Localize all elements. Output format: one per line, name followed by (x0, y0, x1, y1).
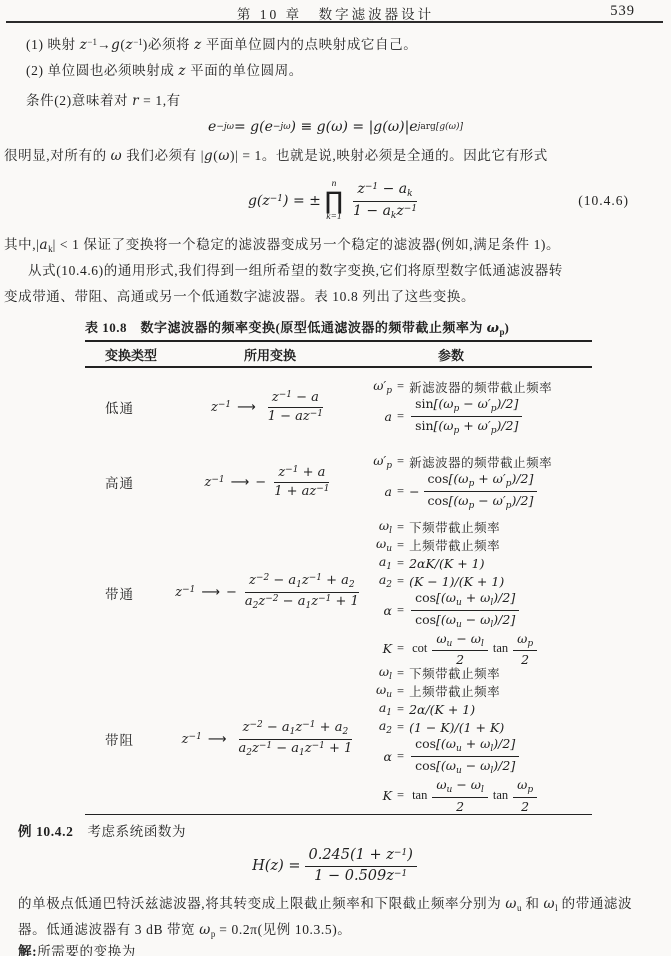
table-body: 低通z−1⟶z−1 − a1 − az−1ω′p=新滤波器的频带截止频率a=si… (85, 368, 592, 814)
param-line: α=cos[(ωu + ωl)/2]cos[(ωu − ωl)/2] (364, 736, 592, 777)
transform-lhs: z−1 (175, 585, 195, 600)
function-name: tan (493, 641, 508, 656)
filter-type-label: 高通 (85, 472, 180, 492)
paragraph-condition-1: (1) 映射 z−1→g(z−1)必须将 z 平面单位圆内的点映射成它自己。 (26, 36, 655, 55)
param-symbol: K (364, 788, 392, 803)
fraction-numerator: ωp (513, 631, 537, 652)
fraction: sin[(ωp − ω′p)/2]sin[(ωp + ω′p)/2] (411, 396, 522, 437)
transform-lhs: z−1 (211, 400, 231, 415)
fraction-denominator: 1 − az−1 (264, 408, 327, 425)
param-line: K=tanωu − ωl2tanωp2 (364, 777, 592, 814)
transform-fraction: z−1 − a1 − az−1 (262, 390, 329, 424)
param-description: 下频带截止频率 (409, 518, 500, 536)
transform-sign: − (226, 585, 237, 600)
fraction-numerator: sin[(ωp − ω′p)/2] (411, 396, 522, 417)
param-line: ωu=上频带截止频率 (364, 682, 592, 700)
filter-type-label: 带通 (85, 583, 180, 603)
transform-fraction: z−2 − a1z−1 + a2a2z−2 − a1z−1 + 1 (239, 573, 365, 612)
example-label: 例 10.4.2 (18, 824, 73, 839)
param-symbol: ωu (364, 536, 392, 554)
param-symbol: ωu (364, 682, 392, 700)
params-cell: ωl=下频带截止频率ωu=上频带截止频率a1=2α/(K + 1)a2=(1 −… (360, 664, 592, 813)
equals-sign: = (392, 520, 409, 535)
table-row-bandstop: 带阻z−1⟶z−2 − a1z−1 + a2a2z−1 − a1z−1 + 1ω… (85, 664, 592, 814)
param-expression: cos[(ωp + ω′p)/2]cos[(ωp − ω′p)/2] (422, 471, 540, 512)
equals-sign: = (392, 556, 409, 571)
param-line: a=sin[(ωp − ω′p)/2]sin[(ωp + ω′p)/2] (364, 396, 592, 437)
fraction: z−2 − a1z−1 + a2a2z−1 − a1z−1 + 1 (234, 720, 356, 759)
param-symbol: ω′p (364, 453, 392, 471)
equals-sign: = (392, 538, 409, 553)
param-symbol: a2 (364, 718, 392, 736)
param-line: ωu=上频带截止频率 (364, 536, 592, 554)
transform-lhs: z−1 (182, 732, 202, 747)
equals-sign: = (392, 409, 409, 424)
param-expression: cos[(ωu + ωl)/2]cos[(ωu − ωl)/2] (409, 590, 521, 631)
header-rule (6, 21, 663, 23)
equation-number: (10.4.6) (578, 193, 629, 209)
fraction-numerator: cos[(ωu + ωl)/2] (411, 590, 519, 611)
function-name: tan (493, 788, 508, 803)
fraction: cos[(ωu + ωl)/2]cos[(ωu − ωl)/2] (411, 590, 519, 631)
paragraph-condition-implies: 条件(2)意味着对 r = 1,有 (26, 92, 655, 111)
transform-lhs: z−1 (205, 475, 225, 490)
param-line: K=cotωu − ωl2tanωp2 (364, 631, 592, 668)
filter-type-label: 低通 (85, 397, 180, 417)
table-row-bandpass: 带通z−1⟶−z−2 − a1z−1 + a2a2z−2 − a1z−1 + 1… (85, 518, 592, 664)
param-line: ωl=下频带截止频率 (364, 664, 592, 682)
column-header-type: 变换类型 (85, 345, 180, 364)
fraction-numerator: ωu − ωl (432, 777, 488, 798)
equals-sign: = (392, 454, 409, 469)
param-symbol: ω′p (364, 378, 392, 396)
param-symbol: ωl (364, 664, 392, 682)
fraction-numerator: ωp (513, 777, 537, 798)
equals-sign: = (392, 749, 409, 764)
maps-to-arrow: ⟶ (208, 732, 227, 747)
equals-sign: = (392, 574, 409, 589)
param-line: a2=(1 − K)/(1 + K) (364, 718, 592, 736)
params-cell: ω′p=新滤波器的频带截止频率a=−cos[(ωp + ω′p)/2]cos[(… (360, 453, 592, 512)
param-expression: sin[(ωp − ω′p)/2]sin[(ωp + ω′p)/2] (409, 396, 524, 437)
solution-line: 解:所需要的变换为 (18, 943, 136, 956)
table-row-lowpass: 低通z−1⟶z−1 − a1 − az−1ω′p=新滤波器的频带截止频率a=si… (85, 368, 592, 446)
param-symbol: a (364, 484, 392, 499)
example-intro: 考虑系统函数为 (87, 824, 186, 839)
table-row-highpass: 高通z−1⟶−z−1 + a1 + az−1ω′p=新滤波器的频带截止频率a=−… (85, 446, 592, 518)
equals-sign: = (392, 684, 409, 699)
param-expression: 2α/(K + 1) (409, 702, 475, 717)
equation-lhs: g(z−1) = ± (248, 193, 321, 209)
paragraph-obvious: 很明显,对所有的 ω 我们必须有 |g(ω)| = 1。也就是说,映射必须是全通… (4, 147, 657, 166)
fraction-denominator: sin[(ωp + ω′p)/2] (411, 417, 522, 437)
example-body-line2: 器。低通滤波器有 3 dB 带宽 ωp = 0.2π(见例 10.3.5)。 (18, 921, 657, 941)
param-line: a=−cos[(ωp + ω′p)/2]cos[(ωp − ω′p)/2] (364, 471, 592, 512)
equals-sign: = (392, 379, 409, 394)
column-header-params: 参数 (360, 345, 592, 364)
equals-sign: = (392, 484, 409, 499)
param-line: α=cos[(ωu + ωl)/2]cos[(ωu − ωl)/2] (364, 590, 592, 631)
fraction: z−1 + a1 + az−1 (270, 465, 333, 499)
params-cell: ω′p=新滤波器的频带截止频率a=sin[(ωp − ω′p)/2]sin[(ω… (360, 378, 592, 437)
chapter-header: 第 10 章 数字滤波器设计 (0, 3, 671, 23)
paragraph-general-form-cont: 变成带通、带阻、高通或另一个低通数字滤波器。表 10.8 列出了这些变换。 (4, 288, 657, 307)
minus-sign: − (409, 484, 419, 499)
fraction: ωp2 (513, 777, 537, 814)
param-line: ω′p=新滤波器的频带截止频率 (364, 378, 592, 396)
maps-to-arrow: ⟶ (231, 475, 250, 490)
transform-cell: z−1⟶−z−1 + a1 + az−1 (180, 465, 360, 499)
params-cell: ωl=下频带截止频率ωu=上频带截止频率a1=2αK/(K + 1)a2=(K … (360, 518, 592, 667)
solution-label: 解: (18, 944, 37, 956)
page-number: 539 (610, 3, 635, 20)
equals-sign: = (392, 666, 409, 681)
equation-system-function: H(z) = 0.245(1 + z−1) 1 − 0.509z−1 (0, 842, 671, 890)
fraction-numerator: cos[(ωu + ωl)/2] (411, 736, 519, 757)
param-symbol: a2 (364, 572, 392, 590)
param-symbol: ωl (364, 518, 392, 536)
fraction-denominator: cos[(ωp − ω′p)/2] (424, 492, 538, 512)
param-line: a2=(K − 1)/(K + 1) (364, 572, 592, 590)
product-symbol: ∏ (325, 190, 343, 213)
function-name: cot (412, 641, 427, 656)
transform-sign: − (255, 475, 266, 490)
maps-to-arrow: ⟶ (201, 585, 220, 600)
fraction-denominator: cos[(ωu − ωl)/2] (411, 611, 519, 631)
paragraph-stability: 其中,|ak| < 1 保证了变换将一个稳定的滤波器变成另一个稳定的滤波器(例如… (4, 236, 657, 256)
fraction: ωp2 (513, 631, 537, 668)
transform-cell: z−1⟶z−2 − a1z−1 + a2a2z−1 − a1z−1 + 1 (180, 720, 360, 759)
param-symbol: a (364, 409, 392, 424)
table-caption: 表 10.8 数字滤波器的频率变换(原型低通滤波器的频带截止频率为 ωp) (85, 317, 509, 337)
equals-sign: = (392, 720, 409, 735)
param-description: 下频带截止频率 (409, 664, 500, 682)
frequency-transform-table: 变换类型所用变换参数 低通z−1⟶z−1 − a1 − az−1ω′p=新滤波器… (85, 340, 592, 815)
hz-fraction: 0.245(1 + z−1) 1 − 0.509z−1 (305, 847, 417, 885)
fraction-denominator: 1 − akz−1 (349, 202, 421, 222)
fraction: ωu − ωl2 (432, 631, 488, 668)
param-expression: 2αK/(K + 1) (409, 556, 484, 571)
param-line: ωl=下频带截止频率 (364, 518, 592, 536)
fraction: cos[(ωu + ωl)/2]cos[(ωu − ωl)/2] (411, 736, 519, 777)
equals-sign: = (392, 603, 409, 618)
equation-allpass-condition: e−jω = g(e−jω) ≡ g(ω) = |g(ω)|ejarg[g(ω)… (0, 112, 671, 142)
param-description: 上频带截止频率 (409, 682, 500, 700)
example-body-line1: 的单极点低通巴特沃兹滤波器,将其转变成上限截止频率和下限截止频率分别为 ωu 和… (18, 895, 657, 915)
paragraph-general-form: 从式(10.4.6)的通用形式,我们得到一组所希望的数字变换,它们将原型数字低通… (28, 262, 657, 281)
fraction: ωu − ωl2 (432, 777, 488, 814)
fraction-numerator: z−1 − a (268, 390, 323, 408)
param-symbol: a1 (364, 554, 392, 572)
equals-sign: = (392, 788, 409, 803)
transform-fraction: z−1 + a1 + az−1 (268, 465, 335, 499)
fraction-numerator: z−1 + a (274, 465, 329, 483)
fraction: z−2 − a1z−1 + a2a2z−2 − a1z−1 + 1 (241, 573, 363, 612)
fraction-denominator: 2 (517, 798, 533, 814)
equals-sign: = (392, 641, 409, 656)
param-expression: (K − 1)/(K + 1) (409, 574, 504, 589)
param-description: 上频带截止频率 (409, 536, 500, 554)
transform-cell: z−1⟶z−1 − a1 − az−1 (180, 390, 360, 424)
fraction-denominator: 1 + az−1 (270, 483, 333, 500)
hz-lhs: H(z) = (252, 858, 300, 874)
param-symbol: α (364, 749, 392, 764)
param-description: 新滤波器的频带截止频率 (409, 453, 552, 471)
example-heading: 例 10.4.2考虑系统函数为 (18, 820, 186, 840)
param-expression: cos[(ωu + ωl)/2]cos[(ωu − ωl)/2] (409, 736, 521, 777)
equals-sign: = (392, 702, 409, 717)
param-expression: (1 − K)/(1 + K) (409, 720, 504, 735)
hz-denominator: 1 − 0.509z−1 (310, 867, 411, 885)
fraction-numerator: z−2 − a1z−1 + a2 (245, 573, 359, 593)
maps-to-arrow: ⟶ (237, 400, 256, 415)
transform-cell: z−1⟶−z−2 − a1z−1 + a2a2z−2 − a1z−1 + 1 (180, 573, 360, 612)
fraction-denominator: a2z−2 − a1z−1 + 1 (241, 593, 363, 612)
transform-fraction: z−2 − a1z−1 + a2a2z−1 − a1z−1 + 1 (232, 720, 358, 759)
fraction: cos[(ωp + ω′p)/2]cos[(ωp − ω′p)/2] (424, 471, 538, 512)
param-line: a1=2αK/(K + 1) (364, 554, 592, 572)
function-name: tan (412, 788, 427, 803)
table-header-row: 变换类型所用变换参数 (85, 342, 592, 368)
param-symbol: a1 (364, 700, 392, 718)
product-lower-limit: k=1 (326, 212, 341, 222)
fraction-denominator: a2z−1 − a1z−1 + 1 (234, 740, 356, 759)
fraction: z−1 − a1 − az−1 (264, 390, 327, 424)
equation-10-4-6: g(z−1) = ± n ∏ k=1 z−1 − ak 1 − akz−1 (1… (0, 172, 671, 230)
fraction-numerator: z−2 − a1z−1 + a2 (239, 720, 353, 740)
column-header-transform: 所用变换 (180, 345, 360, 364)
hz-numerator: 0.245(1 + z−1) (305, 847, 417, 866)
paragraph-condition-2: (2) 单位圆也必须映射成 z 平面的单位圆周。 (26, 62, 655, 81)
fraction-numerator: cos[(ωp + ω′p)/2] (424, 471, 538, 492)
fraction-numerator: z−1 − ak (353, 181, 416, 202)
param-description: 新滤波器的频带截止频率 (409, 378, 552, 396)
equation-fraction: z−1 − ak 1 − akz−1 (349, 181, 421, 222)
param-symbol: α (364, 603, 392, 618)
product-operator: n ∏ k=1 (325, 179, 343, 223)
param-symbol: K (364, 641, 392, 656)
param-line: a1=2α/(K + 1) (364, 700, 592, 718)
solution-text: 所需要的变换为 (37, 944, 136, 956)
fraction-denominator: 2 (452, 798, 468, 814)
fraction-denominator: cos[(ωu − ωl)/2] (411, 757, 519, 777)
param-line: ω′p=新滤波器的频带截止频率 (364, 453, 592, 471)
filter-type-label: 带阻 (85, 729, 180, 749)
fraction-numerator: ωu − ωl (432, 631, 488, 652)
